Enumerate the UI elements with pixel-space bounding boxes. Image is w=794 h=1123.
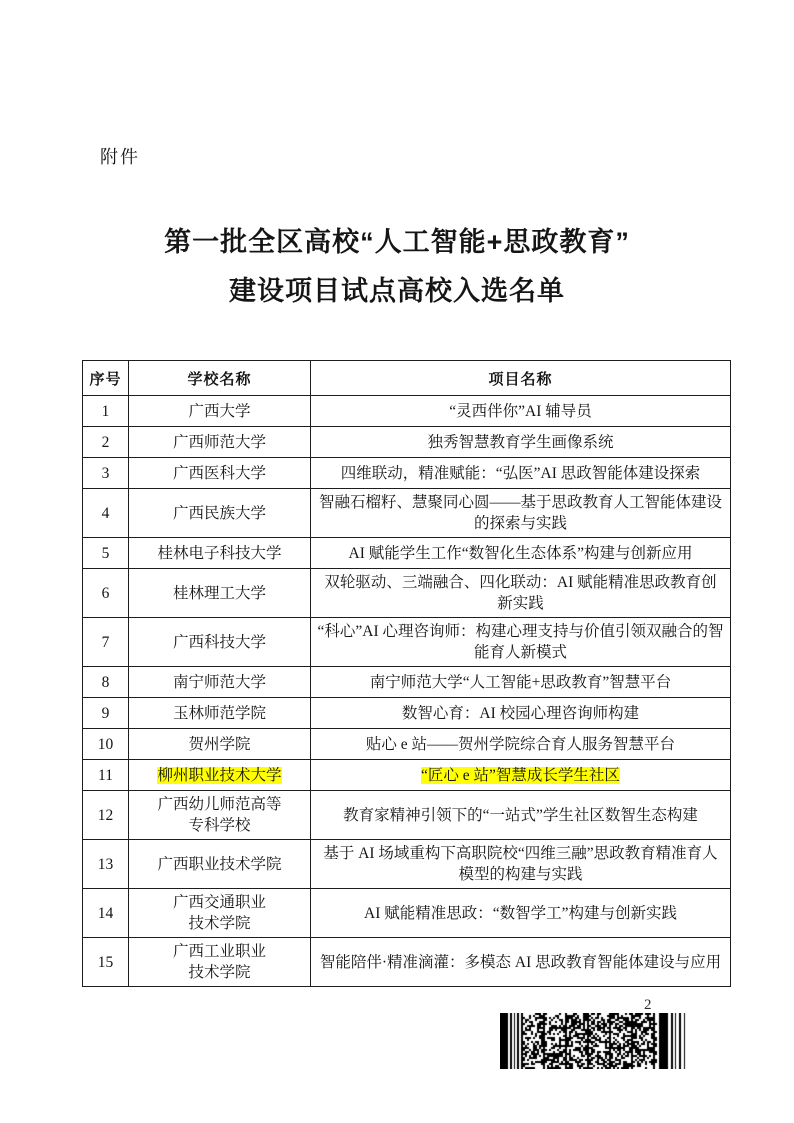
row-number-cell: 1 (83, 396, 129, 427)
document-page: 附件 第一批全区高校“人工智能+思政教育” 建设项目试点高校入选名单 序号 学校… (0, 0, 794, 1123)
project-name-cell: AI 赋能精准思政：“数智学工”构建与创新实践 (311, 889, 731, 938)
school-name-cell: 广西幼儿师范高等 专科学校 (129, 791, 311, 840)
table-row: 13 广西职业技术学院 基于 AI 场域重构下高职院校“四维三融”思政教育精准育… (83, 840, 731, 889)
row-number-cell: 11 (83, 760, 129, 791)
row-number-cell: 3 (83, 458, 129, 489)
school-name-cell: 广西民族大学 (129, 489, 311, 538)
project-name-cell: 双轮驱动、三端融合、四化联动：AI 赋能精准思政教育创新实践 (311, 569, 731, 618)
project-name-cell: “匠心 e 站”智慧成长学生社区 (311, 760, 731, 791)
project-name-cell: 独秀智慧教育学生画像系统 (311, 427, 731, 458)
document-title-line1: 第一批全区高校“人工智能+思政教育” (0, 218, 794, 267)
school-name-cell: 玉林师范学院 (129, 698, 311, 729)
table-row: 4 广西民族大学 智融石榴籽、慧聚同心圆——基于思政教育人工智能体建设的探索与实… (83, 489, 731, 538)
row-number-cell: 12 (83, 791, 129, 840)
school-name-cell: 广西大学 (129, 396, 311, 427)
table-row: 3 广西医科大学 四维联动，精准赋能：“弘医”AI 思政智能体建设探索 (83, 458, 731, 489)
school-name-cell: 桂林电子科技大学 (129, 538, 311, 569)
row-number-cell: 8 (83, 667, 129, 698)
table-row: 7 广西科技大学 “科心”AI 心理咨询师：构建心理支持与价值引领双融合的智能育… (83, 618, 731, 667)
project-name-cell: 南宁师范大学“人工智能+思政教育”智慧平台 (311, 667, 731, 698)
project-name-cell: 四维联动，精准赋能：“弘医”AI 思政智能体建设探索 (311, 458, 731, 489)
table-row: 8 南宁师范大学 南宁师范大学“人工智能+思政教育”智慧平台 (83, 667, 731, 698)
row-number-cell: 14 (83, 889, 129, 938)
school-name-cell: 贺州学院 (129, 729, 311, 760)
table-row: 15 广西工业职业 技术学院 智能陪伴·精准滴灌：多模态 AI 思政教育智能体建… (83, 938, 731, 987)
document-title: 第一批全区高校“人工智能+思政教育” 建设项目试点高校入选名单 (0, 218, 794, 316)
school-name-cell: 广西工业职业 技术学院 (129, 938, 311, 987)
pdf417-barcode (500, 1013, 688, 1069)
project-name-cell: 智能陪伴·精准滴灌：多模态 AI 思政教育智能体建设与应用 (311, 938, 731, 987)
row-number-cell: 2 (83, 427, 129, 458)
school-name-cell: 广西交通职业 技术学院 (129, 889, 311, 938)
row-number-cell: 4 (83, 489, 129, 538)
project-name-cell: 教育家精神引领下的“一站式”学生社区数智生态构建 (311, 791, 731, 840)
page-number: 2 (644, 997, 652, 1014)
project-name-cell: AI 赋能学生工作“数智化生态体系”构建与创新应用 (311, 538, 731, 569)
school-name-cell: 柳州职业技术大学 (129, 760, 311, 791)
table-body: 1 广西大学 “灵西伴你”AI 辅导员 2 广西师范大学 独秀智慧教育学生画像系… (83, 396, 731, 987)
table-row: 5 桂林电子科技大学 AI 赋能学生工作“数智化生态体系”构建与创新应用 (83, 538, 731, 569)
table-row: 6 桂林理工大学 双轮驱动、三端融合、四化联动：AI 赋能精准思政教育创新实践 (83, 569, 731, 618)
row-number-cell: 9 (83, 698, 129, 729)
table-row: 1 广西大学 “灵西伴你”AI 辅导员 (83, 396, 731, 427)
row-number-cell: 15 (83, 938, 129, 987)
attachment-label: 附件 (100, 143, 140, 169)
row-number-cell: 5 (83, 538, 129, 569)
project-name-cell: “灵西伴你”AI 辅导员 (311, 396, 731, 427)
table-row: 2 广西师范大学 独秀智慧教育学生画像系统 (83, 427, 731, 458)
header-serial-number: 序号 (83, 361, 129, 396)
document-title-line2: 建设项目试点高校入选名单 (0, 267, 794, 316)
school-name-cell: 广西科技大学 (129, 618, 311, 667)
school-name-cell: 广西职业技术学院 (129, 840, 311, 889)
header-project-name: 项目名称 (311, 361, 731, 396)
row-number-cell: 10 (83, 729, 129, 760)
header-school-name: 学校名称 (129, 361, 311, 396)
project-name-cell: 贴心 e 站——贺州学院综合育人服务智慧平台 (311, 729, 731, 760)
project-name-cell: 基于 AI 场域重构下高职院校“四维三融”思政教育精准育人模型的构建与实践 (311, 840, 731, 889)
table-header: 序号 学校名称 项目名称 (83, 361, 731, 396)
table-row: 9 玉林师范学院 数智心育：AI 校园心理咨询师构建 (83, 698, 731, 729)
table-row: 10 贺州学院 贴心 e 站——贺州学院综合育人服务智慧平台 (83, 729, 731, 760)
row-number-cell: 7 (83, 618, 129, 667)
project-name-cell: 智融石榴籽、慧聚同心圆——基于思政教育人工智能体建设的探索与实践 (311, 489, 731, 538)
selected-schools-table: 序号 学校名称 项目名称 1 广西大学 “灵西伴你”AI 辅导员 2 广西师范大… (82, 360, 731, 987)
table-row: 12 广西幼儿师范高等 专科学校 教育家精神引领下的“一站式”学生社区数智生态构… (83, 791, 731, 840)
school-name-cell: 广西医科大学 (129, 458, 311, 489)
row-number-cell: 6 (83, 569, 129, 618)
school-name-cell: 南宁师范大学 (129, 667, 311, 698)
table-row: 14 广西交通职业 技术学院 AI 赋能精准思政：“数智学工”构建与创新实践 (83, 889, 731, 938)
table-row: 11 柳州职业技术大学 “匠心 e 站”智慧成长学生社区 (83, 760, 731, 791)
school-name-cell: 桂林理工大学 (129, 569, 311, 618)
school-name-cell: 广西师范大学 (129, 427, 311, 458)
project-name-cell: “科心”AI 心理咨询师：构建心理支持与价值引领双融合的智能育人新模式 (311, 618, 731, 667)
table-header-row: 序号 学校名称 项目名称 (83, 361, 731, 396)
project-name-cell: 数智心育：AI 校园心理咨询师构建 (311, 698, 731, 729)
row-number-cell: 13 (83, 840, 129, 889)
